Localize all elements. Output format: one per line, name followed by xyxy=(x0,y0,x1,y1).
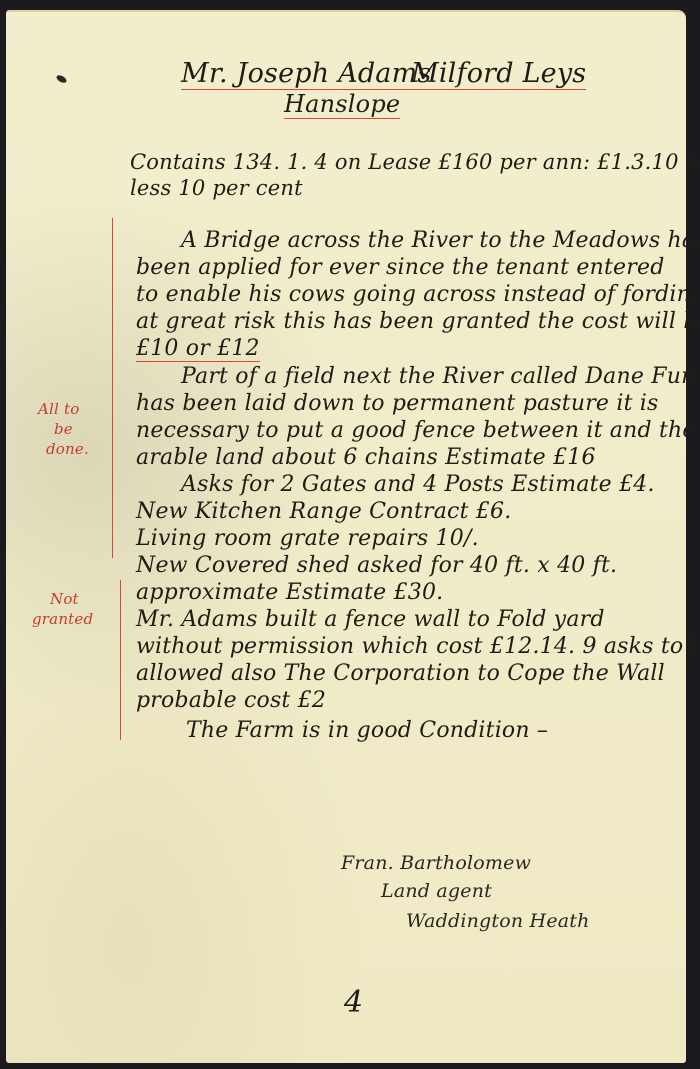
manuscript-page: Mr. Joseph Adams Milford Leys Hanslope C… xyxy=(6,10,686,1063)
p2-line-2: has been laid down to permanent pasture … xyxy=(136,391,659,416)
p7-line-2: without permission which cost £12.14. 9 … xyxy=(136,634,700,659)
p2-line-1: Part of a field next the River called Da… xyxy=(181,364,700,389)
summary-line-1: Contains 134. 1. 4 on Lease £160 per ann… xyxy=(130,150,700,174)
p1-line-3: to enable his cows going across instead … xyxy=(136,282,700,307)
p2-line-3: necessary to put a good fence between it… xyxy=(136,418,696,443)
header-name: Mr. Joseph Adams xyxy=(181,58,431,89)
margin-note-1-line-2: be xyxy=(54,420,73,438)
margin-bracket-1 xyxy=(112,218,113,558)
header-farm: Milford Leys xyxy=(411,58,586,89)
p1-line-4: at great risk this has been granted the … xyxy=(136,309,700,334)
p1-line-5-text: £10 or £12 xyxy=(136,336,260,362)
margin-note-1-line-3: done. xyxy=(46,440,89,458)
p7-line-1: Mr. Adams built a fence wall to Fold yar… xyxy=(136,607,605,632)
margin-note-2-line-1: Not xyxy=(50,590,79,608)
p2-line-4: arable land about 6 chains Estimate £16 xyxy=(136,445,596,470)
p7-line-3: allowed also The Corporation to Cope the… xyxy=(136,661,665,686)
p1-line-5: £10 or £12 xyxy=(136,336,260,361)
p5-line-1: Living room grate repairs 10/. xyxy=(136,526,479,551)
p6-line-2: approximate Estimate £30. xyxy=(136,580,443,605)
margin-note-1-line-1: All to xyxy=(38,400,79,418)
header-place-text: Hanslope xyxy=(284,90,400,119)
page-number: 4 xyxy=(344,985,363,1020)
header-place: Hanslope xyxy=(284,90,400,118)
p4-line-1: New Kitchen Range Contract £6. xyxy=(136,499,511,524)
closing-line: The Farm is in good Condition – xyxy=(186,718,548,743)
header-farm-text: Milford Leys xyxy=(411,58,586,90)
p6-line-1: New Covered shed asked for 40 ft. x 40 f… xyxy=(136,553,617,578)
p7-line-4: probable cost £2 xyxy=(136,688,326,713)
margin-bracket-2 xyxy=(120,580,121,740)
margin-note-2-line-2: granted xyxy=(32,610,93,628)
p3-line-1: Asks for 2 Gates and 4 Posts Estimate £4… xyxy=(181,472,655,497)
p1-line-1: A Bridge across the River to the Meadows… xyxy=(181,228,700,253)
signature-location: Waddington Heath xyxy=(406,910,590,932)
signature-name: Fran. Bartholomew xyxy=(341,852,531,874)
signature-title: Land agent xyxy=(381,880,492,902)
paper-hole-mark xyxy=(55,74,68,85)
p1-line-2: been applied for ever since the tenant e… xyxy=(136,255,664,280)
header-name-text: Mr. Joseph Adams xyxy=(181,58,431,90)
summary-line-2: less 10 per cent xyxy=(130,176,303,200)
